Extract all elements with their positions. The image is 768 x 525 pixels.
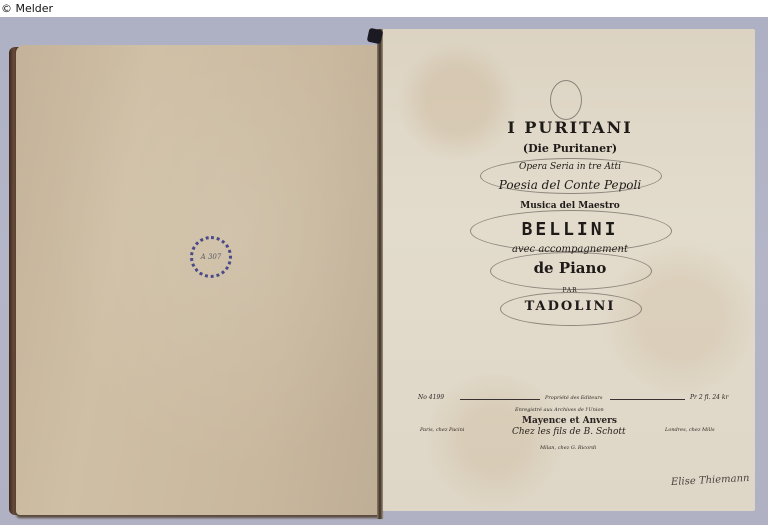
publisher-name: Chez les fils de B. Schott xyxy=(512,427,626,437)
arranger-name: TADOLINI xyxy=(400,299,740,314)
right-agent: Londres, chez Mills xyxy=(665,427,715,433)
left-agent: Paris, chez Pacini xyxy=(420,427,464,433)
bottom-agent: Milan, chez G. Ricordi xyxy=(540,445,596,451)
price: Pr 2 fl. 24 kr xyxy=(690,394,728,401)
left-flyleaf xyxy=(16,45,382,515)
book-photograph: A 307 I PURITANI (Die Puritaner) Opera S… xyxy=(0,17,768,525)
stamp-number: A 307 xyxy=(201,253,222,261)
divider-line xyxy=(610,399,685,400)
flourish-ornament xyxy=(550,80,582,120)
divider-line xyxy=(460,399,540,400)
opera-subtitle: (Die Puritaner) xyxy=(400,142,740,155)
property-notice: Propriété des Editeurs xyxy=(545,395,602,401)
deposit-notice: Enregistré aux Archives de l'Union xyxy=(515,407,604,413)
publisher-cities: Mayence et Anvers xyxy=(522,416,617,426)
accompaniment-text: avec accompagnement xyxy=(400,244,740,255)
gutter-clip xyxy=(367,28,384,45)
opera-genre: Opera Seria in tre Atti xyxy=(400,162,740,172)
plate-number: No 4199 xyxy=(418,394,444,401)
par-text: PAR xyxy=(400,287,740,294)
library-stamp: A 307 xyxy=(190,236,232,278)
music-label: Musica del Maestro xyxy=(400,201,740,211)
opera-title: I PURITANI xyxy=(400,118,740,137)
instrument-text: de Piano xyxy=(400,259,740,277)
photo-credit: © Melder xyxy=(0,0,768,17)
libretto-credit: Poesia del Conte Pepoli xyxy=(400,178,740,192)
composer-name: BELLINI xyxy=(400,219,740,240)
